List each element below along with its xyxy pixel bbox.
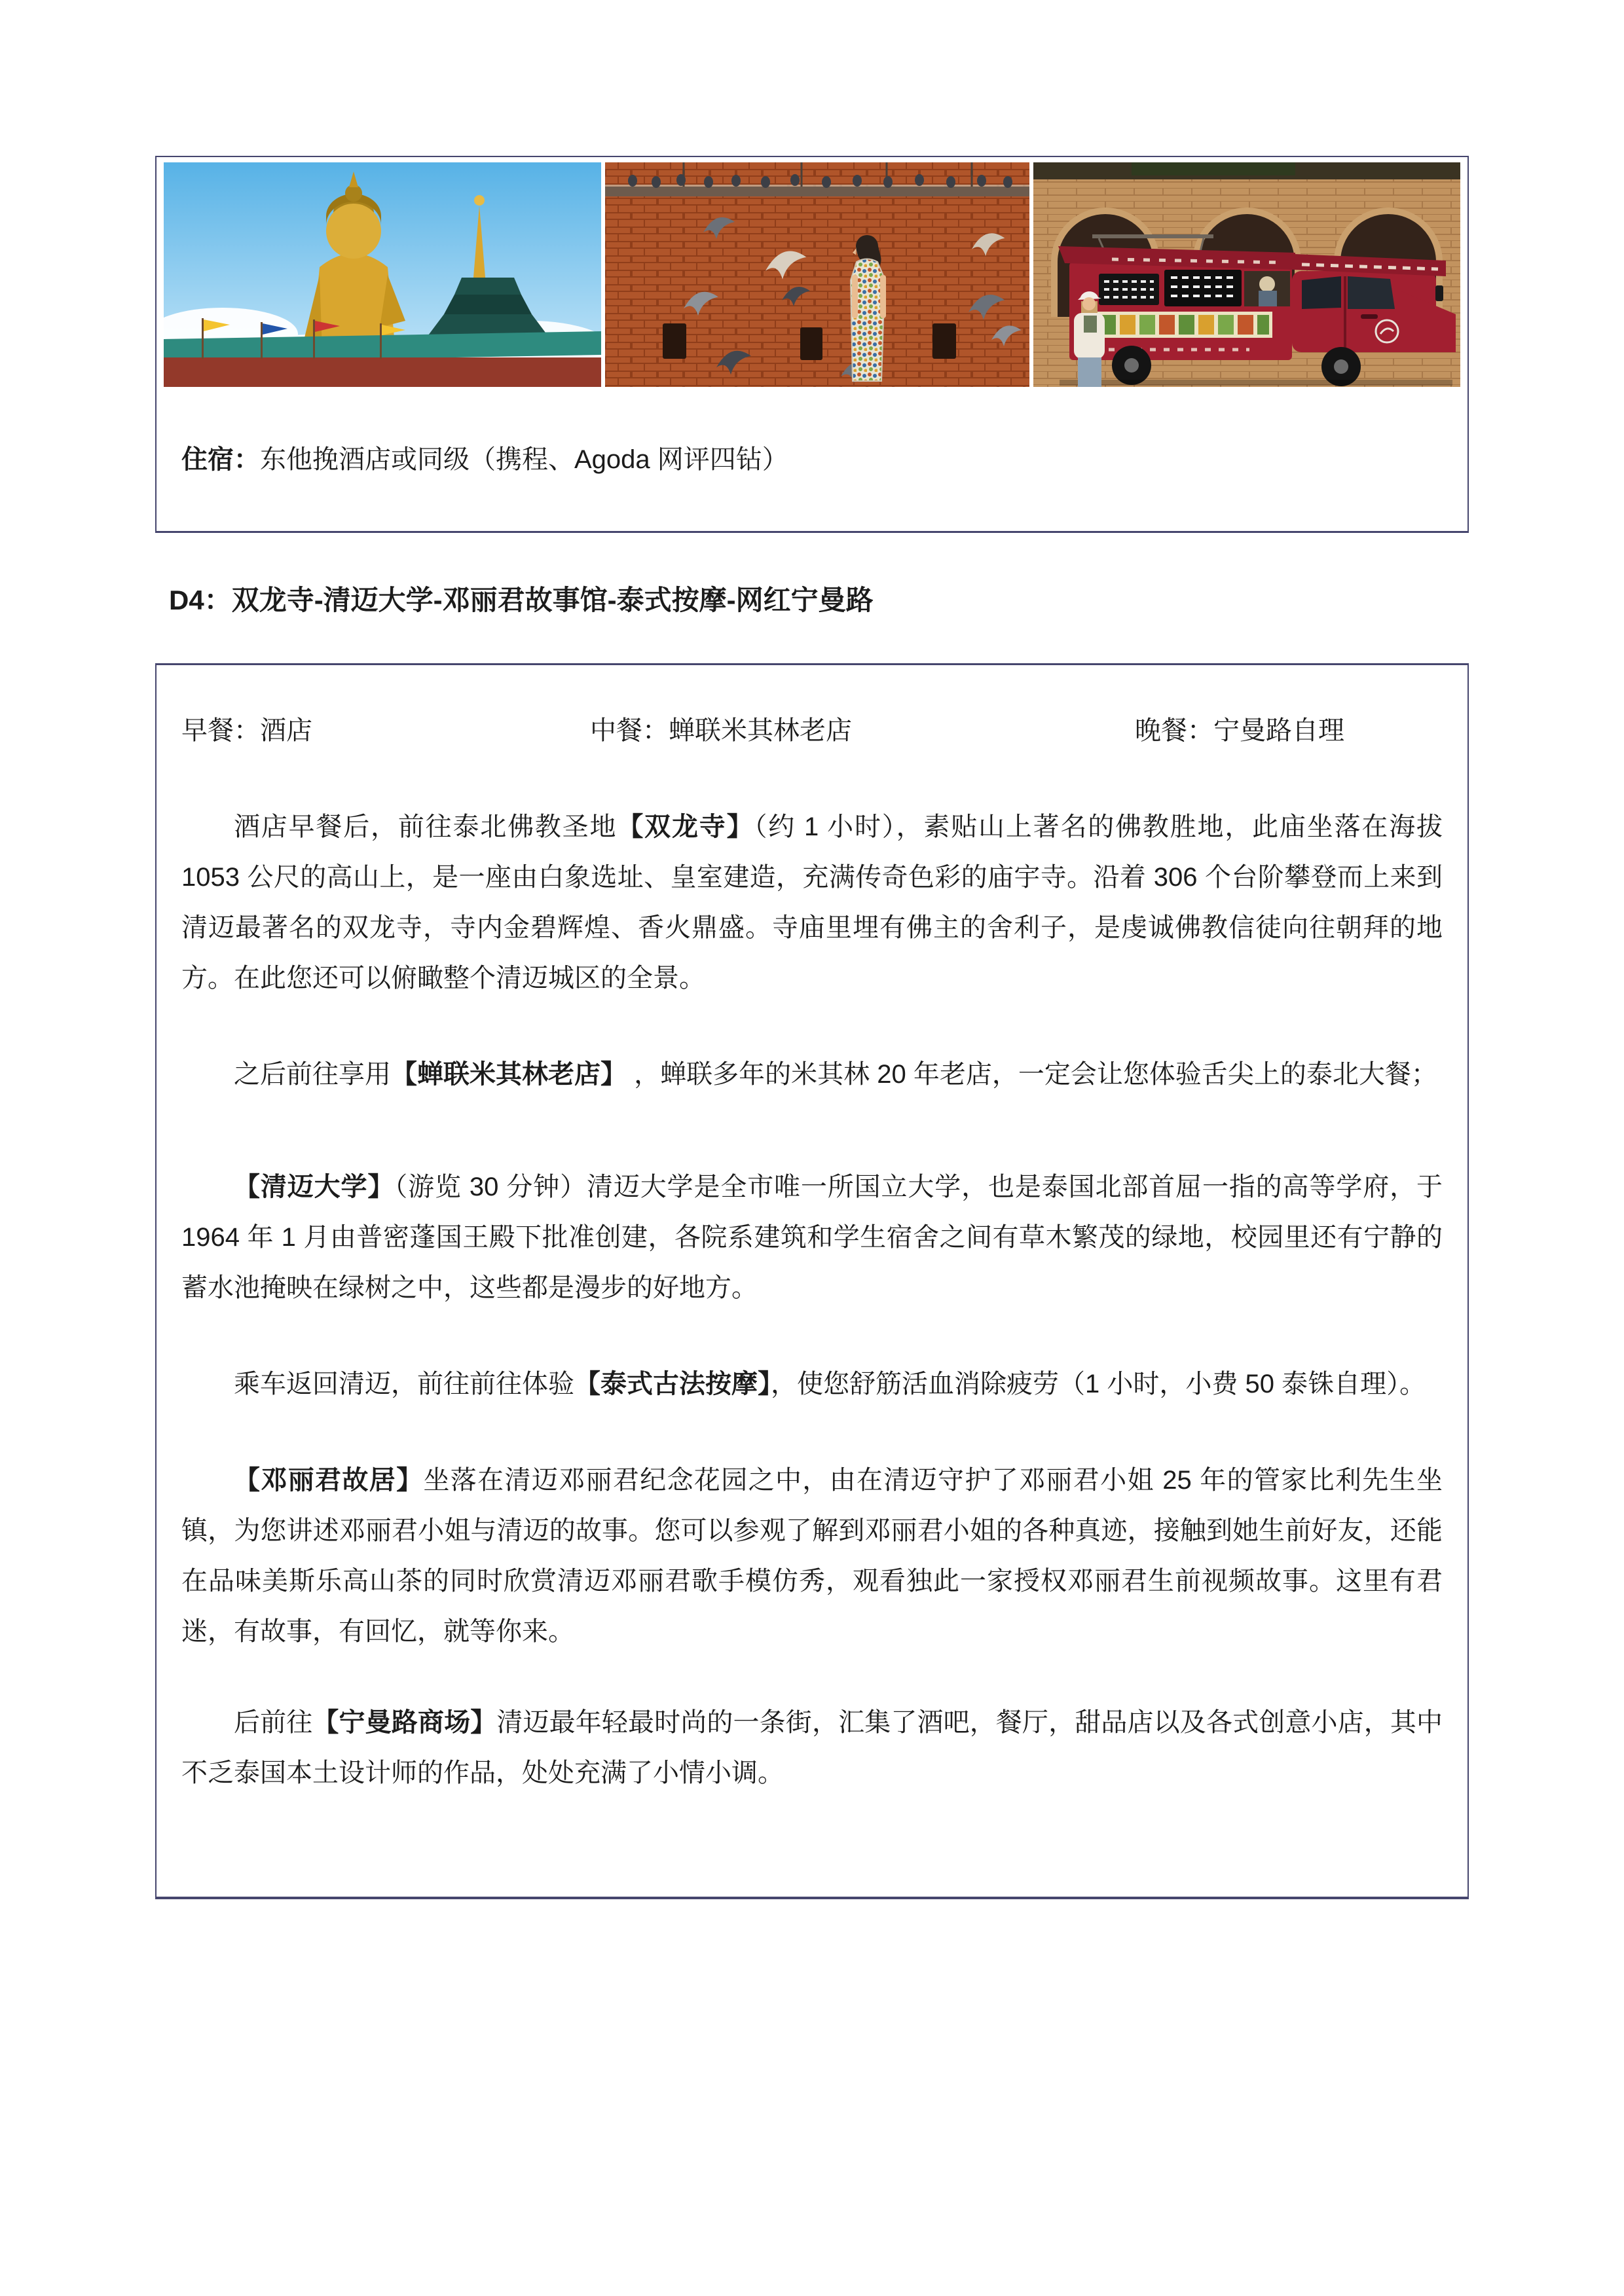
itinerary-paragraph-thai-massage: 乘车返回清迈，前往前往体验【泰式古法按摩】，使您舒筋活血消除疲劳（1 小时，小费…	[181, 1359, 1443, 1410]
day-heading: D4：双龙寺-清迈大学-邓丽君故事馆-泰式按摩-网红宁曼路	[169, 580, 874, 621]
meals-row: 早餐：酒店 中餐：蝉联米其林老店 晚餐：宁曼路自理	[181, 706, 1443, 756]
meal-lunch: 中餐：蝉联米其林老店	[590, 706, 1135, 756]
paragraph-text: ，蝉联多年的米其林 20 年老店，一定会让您体验舌尖上的泰北大餐；	[627, 1060, 1437, 1089]
paragraph-text: 之后前往享用	[234, 1060, 391, 1089]
photo-strip-box: 住宿：东他挽酒店或同级（携程、Agoda 网评四钻）	[155, 156, 1469, 533]
accommodation-label: 住宿：	[181, 445, 260, 474]
itinerary-paragraph-michelin-lunch: 之后前往享用【蝉联米其林老店】 ，蝉联多年的米其林 20 年老店，一定会让您体验…	[181, 1049, 1443, 1100]
meal-breakfast: 早餐：酒店	[181, 706, 590, 756]
highlight-teresa-teng-house: 【邓丽君故居】	[234, 1466, 423, 1495]
banner-pictures	[1100, 315, 1269, 335]
itinerary-paragraph-nimman-road: 后前往【宁曼路商场】清迈最年轻最时尚的一条街，汇集了酒吧，餐厅，甜品店以及各式创…	[181, 1698, 1443, 1798]
highlight-nimman-road-mall: 【宁曼路商场】	[312, 1708, 496, 1737]
photo-red-songthaew-truck	[1033, 162, 1460, 387]
itinerary-box: 早餐：酒店 中餐：蝉联米其林老店 晚餐：宁曼路自理 酒店早餐后，前往泰北佛教圣地…	[155, 663, 1469, 1899]
itinerary-paragraph-doi-suthep: 酒店早餐后，前往泰北佛教圣地【双龙寺】（约 1 小时），素贴山上著名的佛教胜地，…	[181, 802, 1443, 1004]
paragraph-text: ，使您舒筋活血消除疲劳（1 小时，小费 50 泰铢自理）。	[771, 1370, 1426, 1398]
itinerary-paragraph-teresa-teng-house: 【邓丽君故居】坐落在清迈邓丽君纪念花园之中，由在清迈守护了邓丽君小姐 25 年的…	[181, 1455, 1443, 1657]
accommodation-value: 东他挽酒店或同级（携程、Agoda 网评四钻）	[260, 445, 788, 474]
document-page: 住宿：东他挽酒店或同级（携程、Agoda 网评四钻） D4：双龙寺-清迈大学-邓…	[0, 0, 1624, 2296]
photo-golden-buddha-statue	[164, 162, 601, 387]
highlight-michelin-restaurant: 【蝉联米其林老店】	[391, 1060, 627, 1089]
paragraph-text: 后前往	[234, 1708, 312, 1737]
photo-strip	[164, 162, 1460, 387]
paragraph-text: 乘车返回清迈，前往前往体验	[234, 1370, 574, 1398]
meal-dinner: 晚餐：宁曼路自理	[1135, 706, 1443, 756]
itinerary-text: 酒店早餐后，前往泰北佛教圣地【双龙寺】（约 1 小时），素贴山上著名的佛教胜地，…	[181, 756, 1443, 1798]
highlight-chiangmai-university: 【清迈大学】	[234, 1173, 394, 1201]
paragraph-text: 酒店早餐后，前往泰北佛教圣地	[234, 812, 617, 841]
accommodation-line: 住宿：东他挽酒店或同级（携程、Agoda 网评四钻）	[181, 440, 788, 479]
highlight-thai-massage: 【泰式古法按摩】	[574, 1370, 771, 1398]
highlight-doi-suthep: 【双龙寺】	[617, 812, 754, 841]
itinerary-paragraph-chiangmai-university: 【清迈大学】（游览 30 分钟）清迈大学是全市唯一所国立大学，也是泰国北部首屈一…	[181, 1162, 1443, 1313]
photo-brick-gate-pigeons-woman	[605, 162, 1029, 387]
